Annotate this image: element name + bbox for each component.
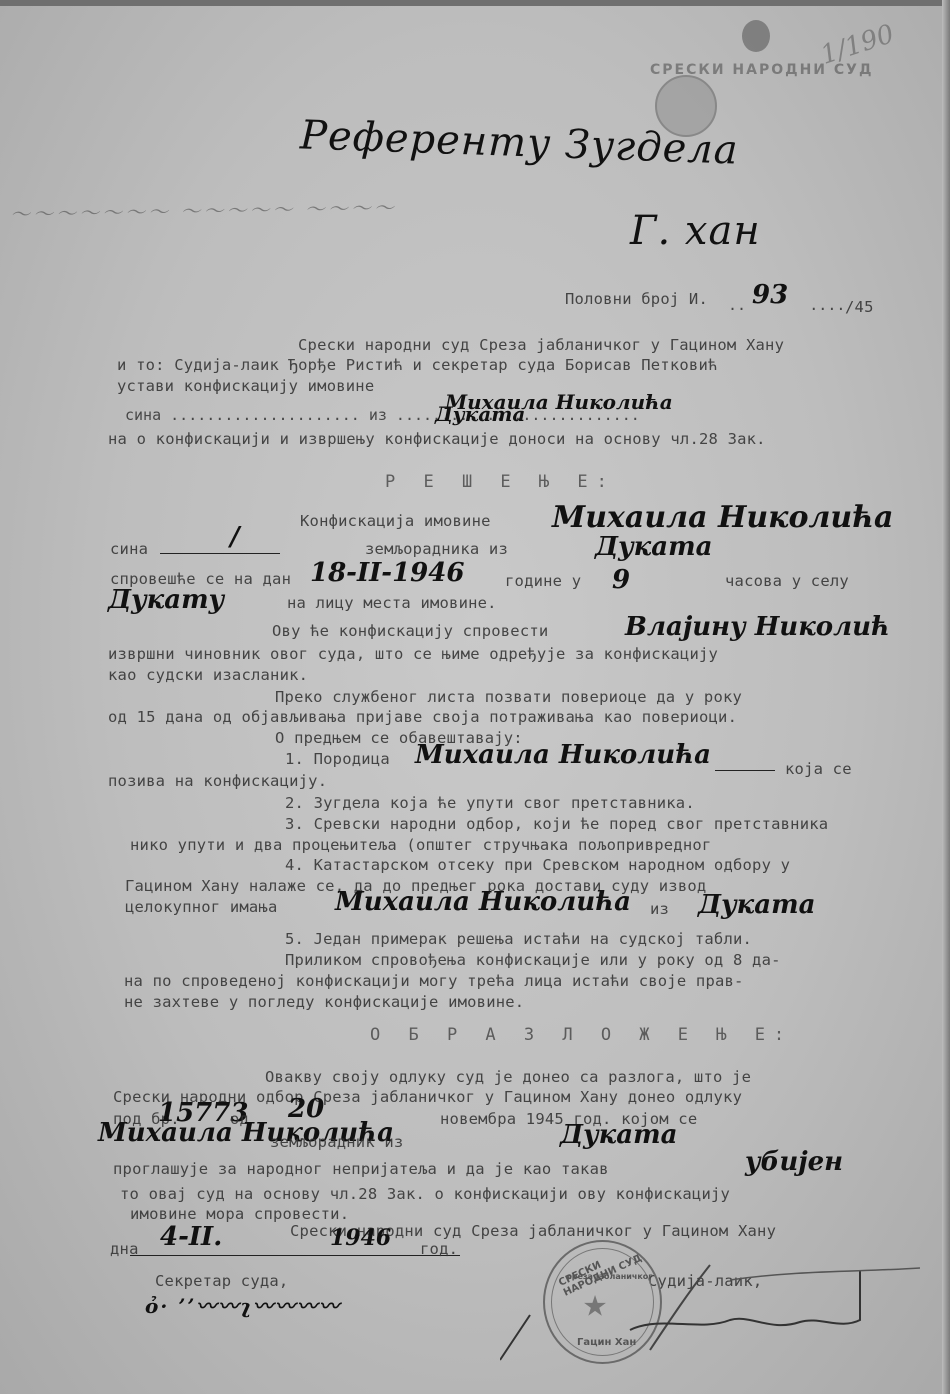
- hour-value: 9: [612, 565, 630, 595]
- item1-suffix: која се: [785, 760, 852, 778]
- item4-village: Дуката: [698, 890, 815, 920]
- reasoning-line1: Овакву своју одлуку суд је донео са разл…: [265, 1068, 751, 1086]
- item3-line1: 3. Сревски народни одбор, који ће поред …: [285, 815, 828, 833]
- item1-name: Михаила Николића: [415, 740, 711, 770]
- executor-line2: извршни чиновник овог суда, што се њиме …: [108, 645, 718, 663]
- executor-line3: као судски изасланик.: [108, 666, 308, 684]
- case-number-dots: .. ....: [728, 296, 845, 314]
- place-label: на лицу места имовине.: [287, 594, 497, 612]
- objections-line3: не захтеве у погледу конфискације имовин…: [124, 993, 524, 1011]
- decision-owner-name: Михаила Николића: [552, 500, 893, 535]
- reasoning-line7: имовине мора спровести.: [130, 1205, 349, 1223]
- decision-line1-prefix: Конфискација имовине: [300, 512, 491, 530]
- intro-line-1: Срески народни суд Среза јабланичког у Г…: [298, 336, 784, 354]
- son-of-label: сина: [110, 540, 148, 558]
- item1-rule: [715, 770, 775, 771]
- page-edge-top: [0, 0, 950, 6]
- intro-line-5: на о конфискацији и извршењу конфискациј…: [108, 430, 766, 448]
- son-of-rule: [160, 553, 280, 554]
- reasoning-line5-prefix: проглашује за народног непријатеља и да …: [113, 1160, 609, 1178]
- addressee-line2: Г. хан: [630, 208, 761, 254]
- item2: 2. Зугдела која ће упути свог претставни…: [285, 794, 695, 812]
- creditors-line2: од 15 дана од објављивања пријаве своја …: [108, 708, 737, 726]
- item5: 5. Један примерак решења истаћи на судск…: [285, 930, 752, 948]
- status-value: убијен: [745, 1147, 843, 1177]
- page-edge-right: [942, 0, 950, 1394]
- top-emblem: [742, 20, 770, 52]
- executor-prefix: Ову ће конфискацију спровести: [272, 622, 548, 640]
- closing-year-suffix: год.: [420, 1240, 458, 1258]
- case-number-label: Половни број И.: [565, 290, 708, 308]
- intro-line-4: сина ..................... из ..........…: [125, 406, 640, 424]
- item4-name: Михаила Николића: [335, 887, 631, 917]
- closing-date-value: 4-II.: [160, 1222, 222, 1252]
- hours-label: часова у селу: [725, 572, 849, 590]
- reasoning-line4-mid: земљорадник из: [270, 1133, 403, 1151]
- objections-line2: на по спроведеној конфискацији могу трећ…: [124, 972, 744, 990]
- execution-date: 18-II-1946: [310, 558, 464, 588]
- farmer-from-value: Дуката: [595, 532, 712, 562]
- objections-line1: Приликом спровођења конфискације или у р…: [285, 951, 781, 969]
- intro-village: Дуката: [435, 402, 525, 426]
- year-label: године у: [505, 572, 581, 590]
- intro-line-3: устави конфискацију имовине: [117, 377, 374, 395]
- son-of-value: /: [230, 522, 240, 552]
- section-decision-heading: Р Е Ш Е Њ Е:: [385, 472, 616, 492]
- reasoning-line6: то овај суд на основу чл.28 Зак. о конфи…: [120, 1185, 730, 1203]
- item1-line2: позива на конфискацију.: [108, 772, 327, 790]
- intro-line-2: и то: Судија-лаик Ђорђе Ристић и секрета…: [117, 356, 718, 374]
- scanned-document-page: СРЕСКИ НАРОДНИ СУД 1/190 Референту Зугде…: [0, 0, 950, 1394]
- case-number-suffix: /45: [845, 298, 874, 316]
- secretary-signature: ỏ· ʼʼ〰〰ʅ〰〰〰〰: [145, 1290, 341, 1319]
- closing-year-value: 1946: [330, 1225, 391, 1251]
- secretary-label: Секретар суда,: [155, 1272, 288, 1290]
- village-value: Дукату: [108, 585, 224, 615]
- item3-line2: нико упути и два процењитеља (општег стр…: [130, 836, 711, 854]
- item1-prefix: 1. Породица: [285, 750, 390, 768]
- farmer-from-label: земљорадника из: [365, 540, 508, 558]
- closing-date-rule: [130, 1255, 460, 1256]
- item4-from: из: [650, 900, 669, 918]
- item4-line1: 4. Катастарском отсеку при Сревском наро…: [285, 856, 790, 874]
- judge-signature: [500, 1260, 920, 1370]
- creditors-line1: Преко службеног листа позвати повериоце …: [275, 688, 742, 706]
- executor-name: Влајину Николић: [625, 612, 890, 642]
- reasoning-person-village: Дуката: [560, 1120, 677, 1150]
- section-reasoning-heading: О Б Р А З Л О Ж Е Њ Е:: [370, 1025, 793, 1045]
- margin-note: 〜〜〜〜〜〜〜 〜〜〜〜〜 〜〜〜〜: [10, 192, 397, 228]
- item4-line3-prefix: целокупног имања: [125, 898, 278, 916]
